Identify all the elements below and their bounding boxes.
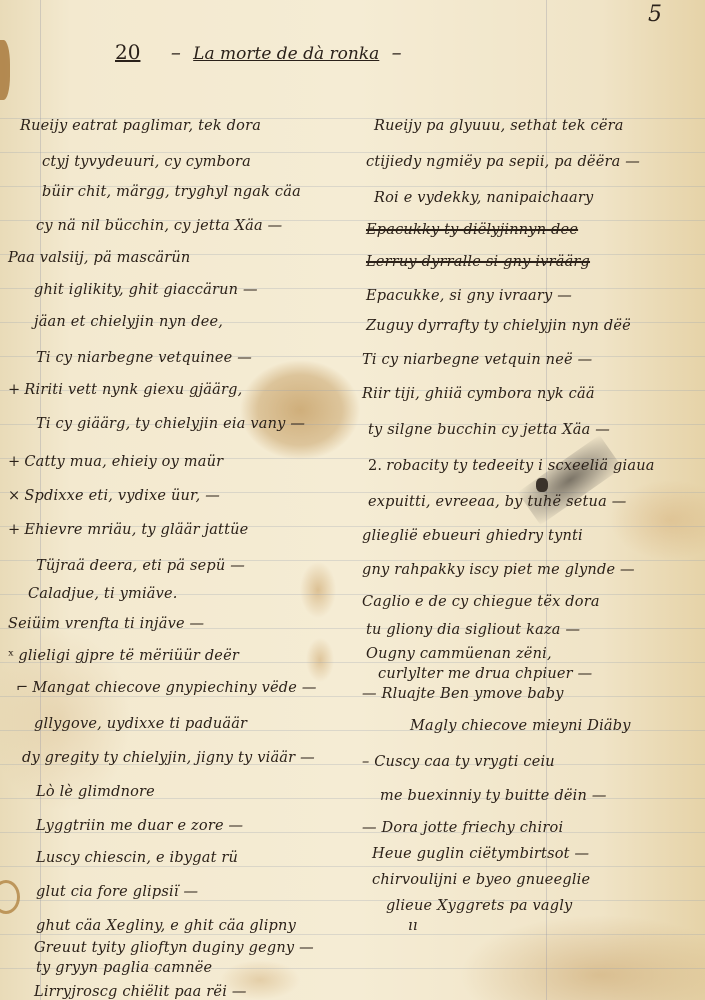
heading-dash: – [392,40,402,64]
line-text: Ririti vett nynk giexu gjäärg, [24,382,242,398]
line-text: expuitti, evreeaa, by tuhë setua — [368,494,626,510]
ruled-line [0,900,705,901]
manuscript-line: gllygove, uydixxe ti paduäär [34,716,247,732]
manuscript-line: glieue Xyggrets pa vagly [386,898,572,914]
line-text: glieligi gjpre të mëriüür deër [18,648,239,664]
margin-mark: + [8,454,20,470]
poem-title: La morte de dà ronka [193,44,379,64]
line-text: Tüjraä deera, eti pä sepü — [36,558,245,574]
manuscript-line: Lirryjroscg chiëlit paa rëi — [34,984,247,1000]
manuscript-line: tu gliony dia sigliout kaza — [366,622,580,638]
line-text: Rueijy pa glyuuu, sethat tek cëra [374,118,624,134]
line-text: ıı [408,918,418,934]
line-text: Ehievre mriäu, ty gläär jattüe [24,522,248,538]
manuscript-line: Heue guglin ciëtymbirtsot — [372,846,589,862]
manuscript-line: glieglië ebueuri ghiedry tynti [362,528,583,544]
manuscript-line: Ti cy niarbegne vetquinee — [36,350,252,366]
line-text: Ougny cammüenan zëni, [366,646,552,662]
line-text: Epacukke, si gny ivraary — [366,288,572,304]
manuscript-line: Riir tiji, ghiiä cymbora nyk cää [362,386,595,402]
line-text: Magly chiecove mieyni Diäby [410,718,631,734]
margin-mark: × [8,488,20,504]
poem-number: 20 [115,40,140,64]
line-text: — Rluajte Ben ymove baby [362,686,564,702]
manuscript-line: büir chit, märgg, tryghyl ngak cäa [42,184,301,200]
manuscript-line: Tüjraä deera, eti pä sepü — [36,558,245,574]
manuscript-line: Rueijy eatrat paglimar, tek dora [20,118,261,134]
manuscript-line: cy nä nil bücchin, cy jetta Xäa — [36,218,282,234]
line-text: Ti cy giäärg, ty chielyjin eia vany — [36,416,305,432]
manuscript-line: — Rluajte Ben ymove baby [362,686,564,702]
manuscript-line: me buexinniy ty buitte dëin — [380,788,607,804]
line-text: curlylter me drua chpiuer — [378,666,592,682]
line-text: ty silgne bucchin cy jetta Xäa — [368,422,610,438]
ruled-line [0,866,705,867]
manuscript-line: Seiüim vrenfta ti injäve — [8,616,204,632]
line-text: ghit iglikity, ghit giaccärun — [34,282,258,298]
line-text: Ti cy niarbegne vetquinee — [36,350,252,366]
manuscript-line: Ti cy giäärg, ty chielyjin eia vany — [36,416,305,432]
manuscript-line: ıı [408,918,418,934]
manuscript-line: Caladjue, ti ymiäve. [28,586,178,602]
line-text: Roi e vydekky, nanipaichaary [374,190,593,206]
edge-stain [0,40,10,100]
manuscript-line: Rueijy pa glyuuu, sethat tek cëra [374,118,624,134]
line-text: — Dora jotte friechy chiroi [362,820,563,836]
manuscript-line: ty silgne bucchin cy jetta Xäa — [368,422,610,438]
line-text: Spdixxe eti, vydixe üur, — [24,488,220,504]
ring-stain [0,880,20,914]
margin-mark: ⌐ [16,680,28,696]
line-text: chirvoulijni e byeo gnueeglie [372,872,590,888]
manuscript-line: – Cuscy caa ty vrygti ceiu [362,754,555,770]
manuscript-line: 2.robacity ty tedeeity i scxeeliä giaua [368,458,655,474]
line-text: tu gliony dia sigliout kaza — [366,622,580,638]
manuscript-line: ctyj tyvydeuuri, cy cymbora [42,154,251,170]
manuscript-line: ×Spdixxe eti, vydixe üur, — [8,488,220,504]
line-text: dy gregity ty chielyjin, jigny ty viäär … [22,750,315,766]
manuscript-line: Luscy chiescin, e ibygat rü [36,850,238,866]
manuscript-line: +Catty mua, ehieiy oy maür [8,454,223,470]
line-text: robacity ty tedeeity i scxeeliä giaua [386,458,654,474]
line-text: Heue guglin ciëtymbirtsot — [372,846,589,862]
manuscript-line: Roi e vydekky, nanipaichaary [374,190,593,206]
line-text: – Cuscy caa ty vrygti ceiu [362,754,555,770]
line-text: ctyj tyvydeuuri, cy cymbora [42,154,251,170]
line-text: ctijiedy ngmiëy pa sepii, pa dëëra — [366,154,640,170]
manuscript-line: curlylter me drua chpiuer — [378,666,592,682]
manuscript-line: +Ehievre mriäu, ty gläär jattüe [8,522,248,538]
margin-mark: ˣ [8,648,14,664]
manuscript-line: ghit iglikity, ghit giaccärun — [34,282,258,298]
manuscript-line: ghut cäa Xegliny, e ghit cäa glipny [36,918,296,934]
manuscript-line: expuitti, evreeaa, by tuhë setua — [368,494,626,510]
line-text: Lerruy dyrralle si gny ivräärg [366,254,590,270]
line-text: glieue Xyggrets pa vagly [386,898,572,914]
manuscript-line: Paa valsiij, pä mascärün [8,250,190,266]
line-text: büir chit, märgg, tryghyl ngak cäa [42,184,301,200]
manuscript-line: Lyggtriin me duar e zore — [36,818,243,834]
line-text: Riir tiji, ghiiä cymbora nyk cää [362,386,595,402]
line-text: Greuut tyity glioftyn duginy gegny — [34,940,314,956]
page-number: 5 [648,2,662,27]
line-text: Lirryjroscg chiëlit paa rëi — [34,984,247,1000]
line-text: Zuguy dyrrafty ty chielyjin nyn dëë [366,318,631,334]
margin-mark: 2. [368,458,382,474]
line-text: Ti cy niarbegne vetquin neë — [362,352,592,368]
manuscript-line: dy gregity ty chielyjin, jigny ty viäär … [22,750,315,766]
manuscript-line: ⌐Mangat chiecove gnypiechiny vëde — [16,680,317,696]
margin-mark: + [8,522,20,538]
ruled-line [0,152,705,153]
manuscript-line: ˣglieligi gjpre të mëriüür deër [8,648,239,664]
line-text: glieglië ebueuri ghiedry tynti [362,528,583,544]
line-text: gny rahpakky iscy piet me glynde — [362,562,635,578]
manuscript-line: Greuut tyity glioftyn duginy gegny — [34,940,314,956]
line-text: Lyggtriin me duar e zore — [36,818,243,834]
line-text: Lò lè glimdnore [36,784,155,800]
manuscript-line: Lò lè glimdnore [36,784,155,800]
manuscript-line: Ti cy niarbegne vetquin neë — [362,352,592,368]
line-text: Epacukky ty diëlyjinnyn dee [366,222,578,238]
ink-spot [536,478,548,492]
manuscript-line: +Ririti vett nynk giexu gjäärg, [8,382,242,398]
line-text: glut cia fore glipsiï — [36,884,198,900]
line-text: Seiüim vrenfta ti injäve — [8,616,204,632]
line-text: Luscy chiescin, e ibygat rü [36,850,238,866]
manuscript-line: Epacukke, si gny ivraary — [366,288,572,304]
line-text: Caglio e de cy chiegue tëx dora [362,594,600,610]
manuscript-line: Ougny cammüenan zëni, [366,646,552,662]
manuscript-line: — Dora jotte friechy chiroi [362,820,563,836]
line-text: gllygove, uydixxe ti paduäär [34,716,247,732]
manuscript-line: glut cia fore glipsiï — [36,884,198,900]
line-text: me buexinniy ty buitte dëin — [380,788,607,804]
ruled-line [0,934,705,935]
line-text: jäan et chielyjin nyn dee, [34,314,223,330]
manuscript-line: Epacukky ty diëlyjinnyn dee [366,222,578,238]
manuscript-line: ctijiedy ngmiëy pa sepii, pa dëëra — [366,154,640,170]
heading-dash: – [171,40,181,64]
manuscript-line: Caglio e de cy chiegue tëx dora [362,594,600,610]
manuscript-line: ty gryyn paglia camnëe [36,960,212,976]
ink-blot [518,435,623,525]
line-text: Mangat chiecove gnypiechiny vëde — [32,680,316,696]
line-text: Catty mua, ehieiy oy maür [24,454,223,470]
margin-mark: + [8,382,20,398]
manuscript-line: Lerruy dyrralle si gny ivräärg [366,254,590,270]
poem-heading: 20 – La morte de dà ronka – [115,40,408,64]
manuscript-line: jäan et chielyjin nyn dee, [34,314,223,330]
manuscript-line: Zuguy dyrrafty ty chielyjin nyn dëë [366,318,631,334]
line-text: Paa valsiij, pä mascärün [8,250,190,266]
manuscript-page: 5 20 – La morte de dà ronka – Rueijy eat… [0,0,705,1000]
ruled-line [0,696,705,697]
manuscript-line: Magly chiecove mieyni Diäby [410,718,631,734]
line-text: cy nä nil bücchin, cy jetta Xäa — [36,218,282,234]
line-text: Caladjue, ti ymiäve. [28,586,178,602]
line-text: ty gryyn paglia camnëe [36,960,212,976]
line-text: ghut cäa Xegliny, e ghit cäa glipny [36,918,296,934]
manuscript-line: gny rahpakky iscy piet me glynde — [362,562,635,578]
manuscript-line: chirvoulijni e byeo gnueeglie [372,872,590,888]
line-text: Rueijy eatrat paglimar, tek dora [20,118,261,134]
